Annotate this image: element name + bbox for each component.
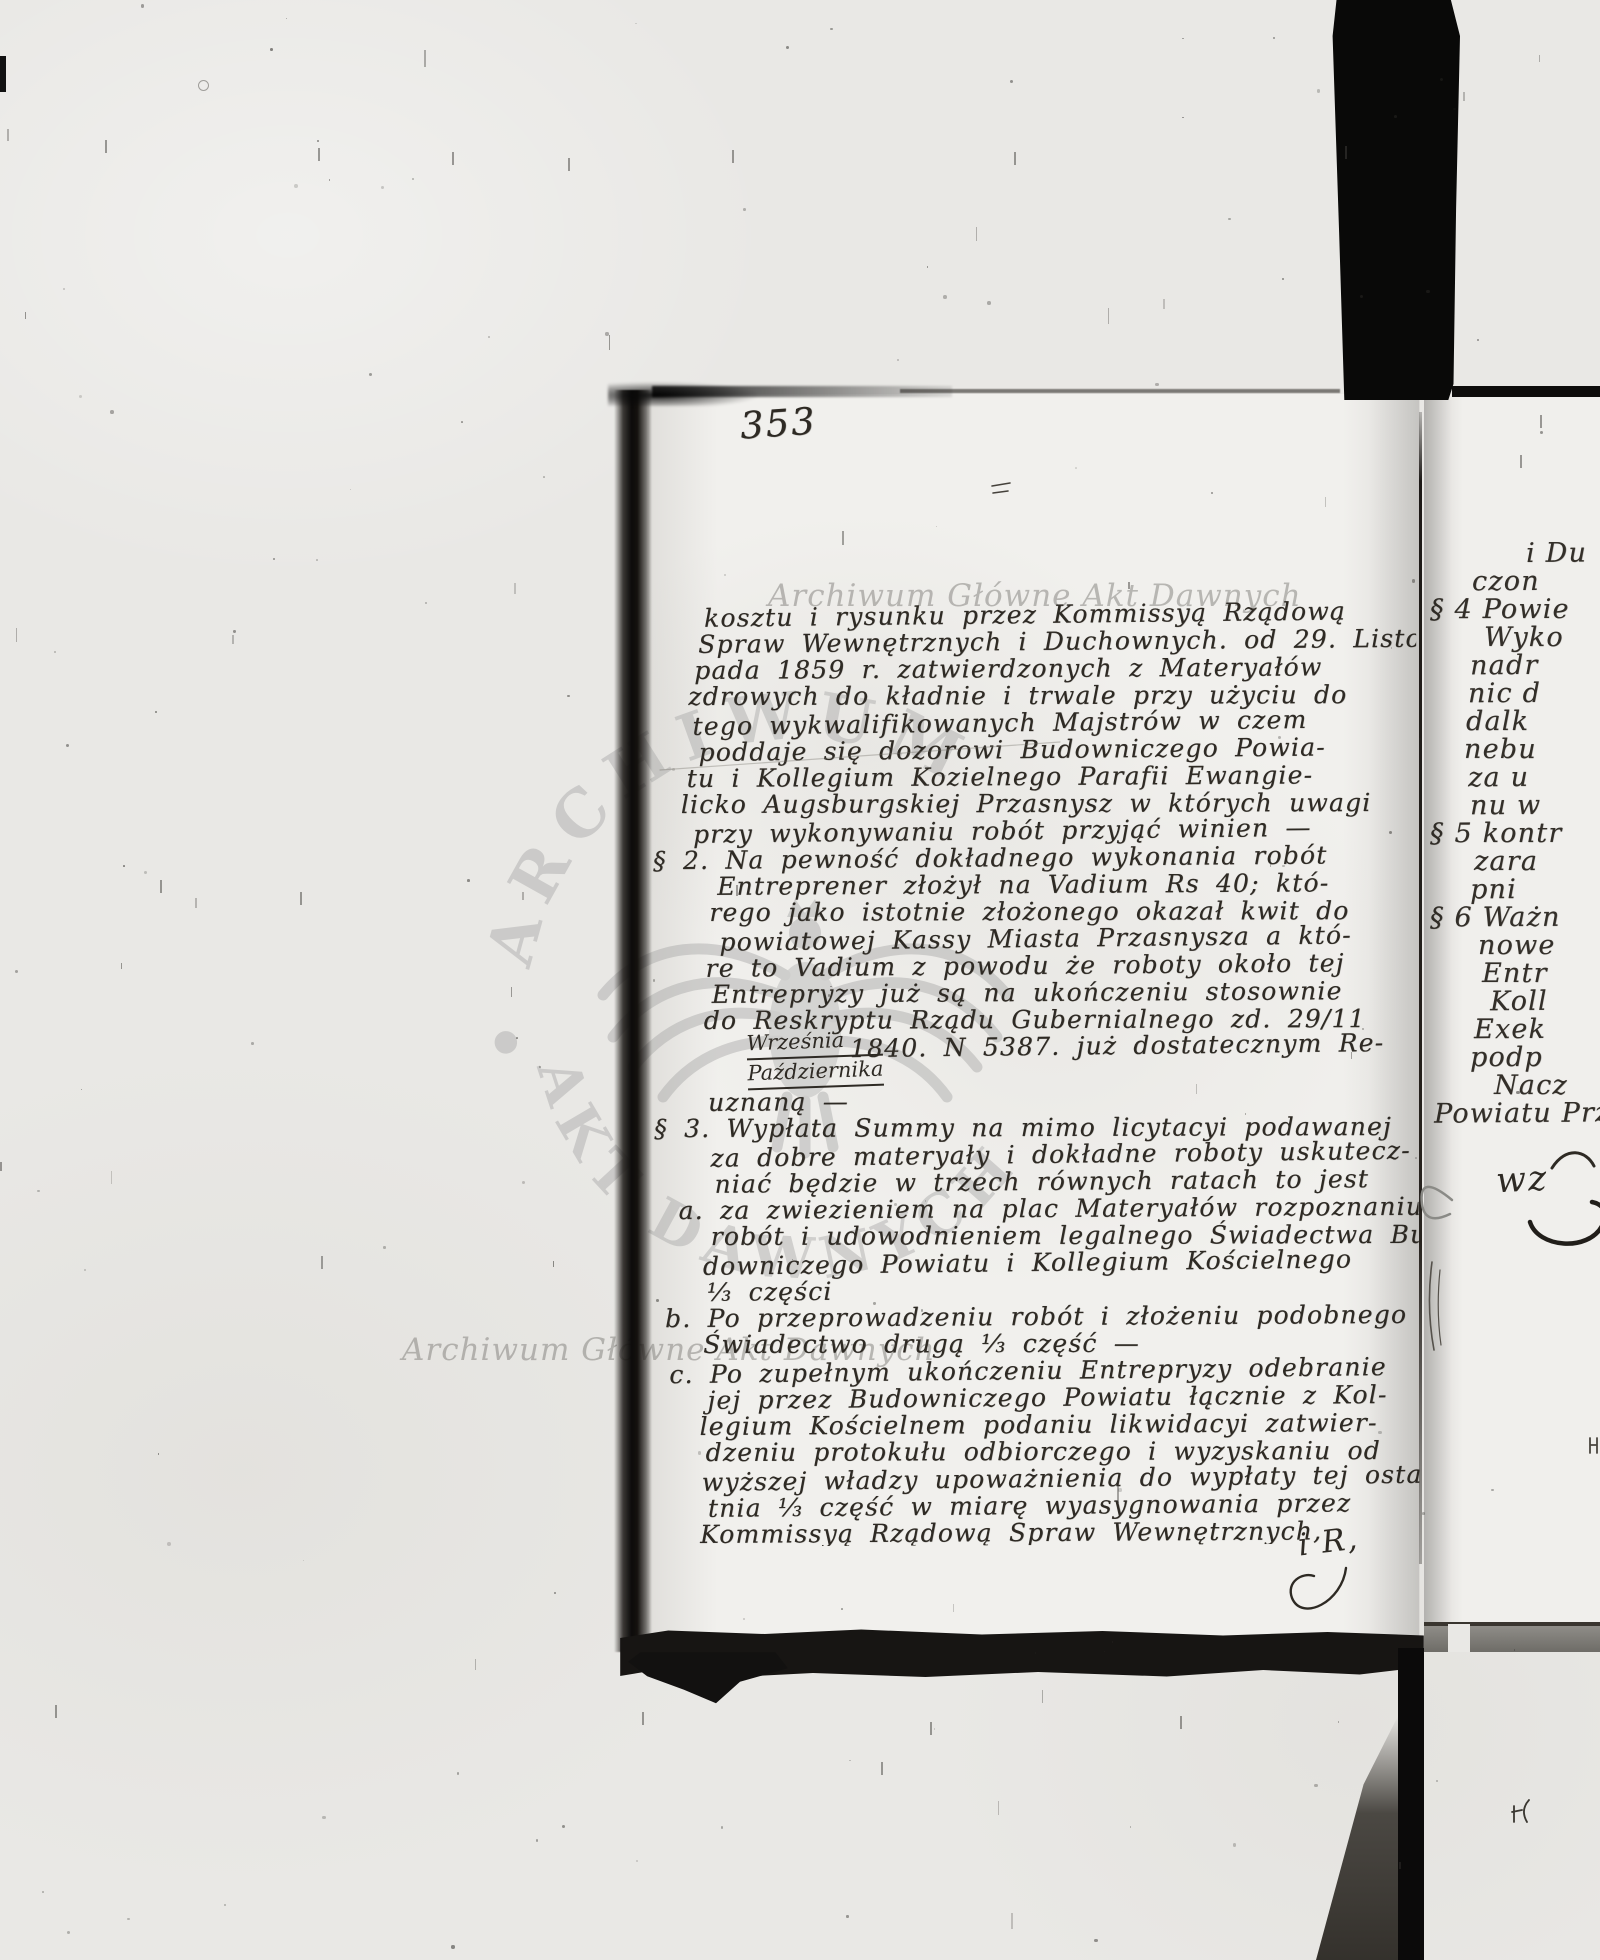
speck (195, 898, 197, 907)
speck (1436, 1780, 1438, 1782)
handwritten-line: a. za zwiezieniem na plac Materyałów roz… (655, 1192, 1419, 1223)
speck (25, 312, 27, 319)
speck (303, 1560, 305, 1562)
speck (1228, 218, 1230, 220)
speck (488, 336, 490, 338)
speck (1182, 38, 1183, 39)
handwritten-line-fragment: Entr (1430, 958, 1600, 986)
speck (141, 4, 144, 7)
speck (158, 1453, 160, 1455)
speck (167, 1542, 171, 1546)
handwritten-line: pada 1859 r. zatwierdzonych z Materyałów (652, 652, 1416, 683)
speck (1094, 1939, 1097, 1942)
speck (329, 179, 330, 180)
closing-mark: i R, (1296, 1520, 1361, 1563)
film-black-bar-top (1330, 0, 1460, 400)
speck (37, 1190, 39, 1192)
speck (144, 871, 147, 874)
speck (123, 865, 125, 867)
speck (1042, 1690, 1044, 1703)
film-edge-mark (0, 56, 6, 92)
speck (1233, 1843, 1236, 1846)
handwritten-line-fragment: Wyko (1430, 622, 1600, 650)
speck (943, 295, 947, 299)
handwritten-line: Entrepryzy już są na ukończeniu stosowni… (654, 976, 1418, 1007)
speck (1014, 152, 1016, 165)
speck (55, 1705, 57, 1718)
page-number: 353 (739, 399, 818, 447)
speck (636, 1860, 638, 1862)
speck (232, 635, 234, 644)
speck (15, 970, 18, 973)
handwritten-line: legium Kościelnem podaniu likwidacyi zat… (655, 1408, 1419, 1439)
speck (121, 963, 123, 969)
handwritten-line: Entreprener złożył na Vadium Rs 40; któ- (653, 868, 1417, 899)
bottom-corner-blob (628, 1652, 788, 1706)
handwritten-line-fragment: nic d (1430, 678, 1600, 707)
speck (1317, 89, 1320, 92)
speck (412, 178, 414, 180)
speck (63, 288, 65, 290)
handwritten-line-fragment: nu w (1430, 790, 1600, 819)
film-black-bar-bottom (1398, 1648, 1424, 1960)
book-spine-edge (614, 390, 652, 1652)
speck (1130, 1826, 1131, 1827)
speck (425, 602, 427, 604)
speck (930, 1722, 932, 1735)
handwritten-line-fragment: § 6 Ważn (1430, 902, 1600, 931)
speck (1273, 37, 1275, 39)
page-fold-shadow-left (1368, 398, 1419, 1636)
speck (66, 744, 69, 747)
speck (16, 628, 18, 643)
speck (321, 1256, 323, 1269)
speck (536, 1839, 538, 1841)
speck (642, 1712, 644, 1725)
speck (554, 1592, 556, 1594)
speck (67, 1931, 70, 1934)
speck (830, 28, 833, 31)
speck (849, 1760, 850, 1761)
speck (543, 476, 545, 478)
speck (7, 129, 9, 142)
speck (81, 1089, 82, 1090)
speck (110, 410, 114, 414)
handwritten-line-fragment: czon (1430, 566, 1600, 595)
speck (786, 46, 789, 49)
film-edge-line-top-right (1452, 386, 1600, 397)
handwritten-line: b. Po przeprowadzeniu robót i złożeniu p… (655, 1300, 1419, 1331)
film-shadow-wedge (1316, 1716, 1398, 1960)
speck (369, 373, 372, 376)
book-gutter-fold-line (1419, 412, 1422, 1564)
speck (934, 1728, 936, 1730)
speck (1314, 1784, 1317, 1787)
speck (316, 559, 318, 561)
speck (846, 1915, 848, 1917)
speck (514, 583, 516, 594)
speck (127, 1918, 130, 1921)
date-month-bottom: Października (747, 1056, 884, 1091)
handwritten-line: tu i Kollegium Kozielnego Parafii Ewangi… (653, 760, 1417, 791)
speck (635, 23, 637, 25)
speck (461, 421, 463, 423)
speck (881, 1762, 883, 1775)
speck (451, 1945, 454, 1948)
speck (383, 1246, 385, 1248)
speck (562, 1825, 565, 1828)
handwritten-line-fragment: podp (1430, 1042, 1600, 1070)
handwritten-line-fragment: Exek (1430, 1014, 1600, 1043)
speck (155, 711, 157, 713)
speck (897, 359, 899, 361)
speck (322, 1816, 325, 1819)
dust-ring-mark (198, 80, 209, 91)
speck (457, 1772, 459, 1774)
speck (105, 140, 107, 153)
speck (160, 880, 162, 893)
speck (1010, 80, 1013, 83)
speck (1477, 339, 1479, 341)
speck (350, 489, 351, 490)
date-fraction: Września Października (746, 1026, 884, 1091)
speck (1108, 308, 1110, 324)
speck (927, 266, 928, 267)
speck (1163, 299, 1165, 309)
scanned-archive-page: Archiwum Główne Akt Dawnych Archiwum Głó… (0, 0, 1600, 1960)
speck (273, 558, 276, 561)
speck (605, 332, 608, 335)
handwritten-line-fragment: nebu (1430, 734, 1600, 762)
speck (998, 1801, 1000, 1815)
speck (987, 301, 991, 305)
handwritten-line-fragment: pni (1430, 873, 1600, 902)
handwritten-line-fragment: dalk (1430, 706, 1600, 734)
handwritten-line-fragment: i Du (1430, 537, 1600, 566)
speck (300, 892, 302, 905)
speck (976, 227, 978, 242)
speck (1282, 278, 1284, 280)
speck (79, 395, 82, 398)
speck (317, 140, 319, 142)
speck (452, 152, 454, 165)
speck (233, 630, 235, 632)
speck (318, 148, 320, 161)
page-fold-shadow-right (1424, 400, 1452, 1628)
handwritten-line-fragment: zara (1430, 846, 1600, 874)
signature-abbreviation: wz (1495, 1159, 1549, 1202)
handwritten-line-fragment: Nacz (1430, 1070, 1600, 1098)
speck (270, 48, 273, 51)
speck (1338, 1721, 1340, 1723)
speck (743, 208, 746, 211)
speck (1539, 55, 1541, 63)
speck (475, 1659, 477, 1670)
speck (732, 150, 734, 163)
speck (84, 1269, 86, 1271)
speck (381, 186, 384, 189)
handwritten-line-fragment: § 5 kontr (1430, 818, 1600, 846)
speck (568, 158, 570, 171)
speck (1463, 92, 1465, 101)
speck (251, 1042, 254, 1045)
handwritten-line-fragment: Powiatu Prz (1430, 1097, 1600, 1126)
speck (224, 1904, 226, 1906)
date-month-top: Września (746, 1026, 883, 1061)
handwritten-line-fragment: § 4 Powie (1430, 594, 1600, 622)
speck (42, 1891, 44, 1893)
speck (1180, 1716, 1182, 1729)
speck (424, 50, 426, 67)
handwritten-line-fragment: nadr (1430, 649, 1600, 678)
handwritten-line-fragment: Koll (1430, 985, 1600, 1014)
speck (0, 1162, 2, 1171)
right-page-text-block: i Duczon§ 4 PowieWykonadrnic ddalknebuza… (1430, 538, 1600, 1126)
speck (1155, 383, 1159, 387)
speck (294, 184, 298, 188)
page-top-edge-line (900, 389, 1340, 393)
bottom-edge-notch (1448, 1624, 1470, 1652)
speck (1182, 117, 1184, 119)
speck (1011, 1913, 1013, 1930)
handwritten-line-fragment: nowe (1430, 930, 1600, 958)
speck (111, 1171, 113, 1184)
handwritten-line-fragment: za u (1430, 761, 1600, 790)
speck (54, 651, 56, 653)
speck (286, 18, 288, 20)
speck (721, 1826, 723, 1828)
speck (609, 335, 611, 350)
